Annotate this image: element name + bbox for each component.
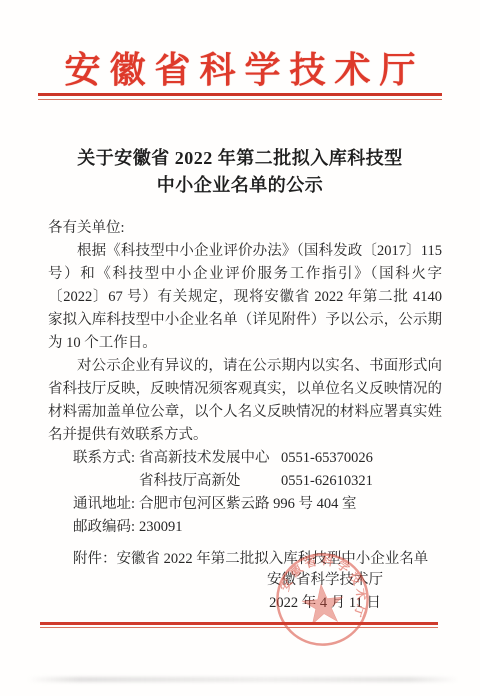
letterhead-double-rule	[38, 93, 442, 100]
letterhead-agency-name: 安徽省科学技术厅	[0, 50, 480, 90]
seal-star-icon	[301, 582, 345, 624]
document-title-line2: 中小企业名单的公示	[0, 172, 480, 199]
document-body: 各有关单位: 根据《科技型中小企业评价办法》（国科发政〔2017〕115 号）和…	[48, 217, 442, 571]
contact-block: 联系方式:省高新技术发展中心0551-65370026 省科技厅高新处0551-…	[48, 447, 442, 539]
paragraph-objection-instructions: 对公示企业有异议的，请在公示期内以实名、书面形式向省科技厅反映，反映情况须客观真…	[48, 355, 442, 447]
document-title: 关于安徽省 2022 年第二批拟入库科技型 中小企业名单的公示	[0, 145, 480, 199]
attachment-line: 附件：安徽省 2022 年第二批拟入库科技型中小企业名单	[48, 548, 442, 571]
contact-label: 联系方式:	[73, 447, 139, 470]
postcode-row: 邮政编码:230091	[73, 516, 442, 539]
postcode-label: 邮政编码:	[73, 516, 139, 539]
postcode-value: 230091	[139, 519, 183, 535]
scan-artifact	[28, 677, 460, 682]
official-seal-stamp: 安徽省科学技术厅	[269, 546, 376, 653]
contact-phone-2: 0551-62610321	[281, 473, 373, 489]
document-title-line1: 关于安徽省 2022 年第二批拟入库科技型	[0, 145, 480, 172]
contact-row-1: 联系方式:省高新技术发展中心0551-65370026	[73, 447, 442, 470]
letterhead: 安徽省科学技术厅	[0, 0, 480, 100]
address-label: 通讯地址:	[73, 493, 139, 516]
address-row: 通讯地址:合肥市包河区紫云路 996 号 404 室	[73, 493, 442, 516]
document-page: 安徽省科学技术厅 关于安徽省 2022 年第二批拟入库科技型 中小企业名单的公示…	[0, 0, 480, 696]
contact-org-2: 省科技厅高新处	[139, 470, 281, 493]
contact-row-2: 省科技厅高新处0551-62610321	[73, 470, 442, 493]
paragraph-legal-basis: 根据《科技型中小企业评价办法》（国科发政〔2017〕115 号）和《科技型中小企…	[48, 240, 442, 355]
footer-double-rule	[40, 622, 438, 628]
contact-phone-1: 0551-65370026	[281, 450, 373, 466]
salutation: 各有关单位:	[48, 217, 442, 240]
attachment-label: 附件：	[73, 551, 117, 567]
contact-org-1: 省高新技术发展中心	[139, 447, 281, 470]
address-value: 合肥市包河区紫云路 996 号 404 室	[139, 496, 357, 512]
